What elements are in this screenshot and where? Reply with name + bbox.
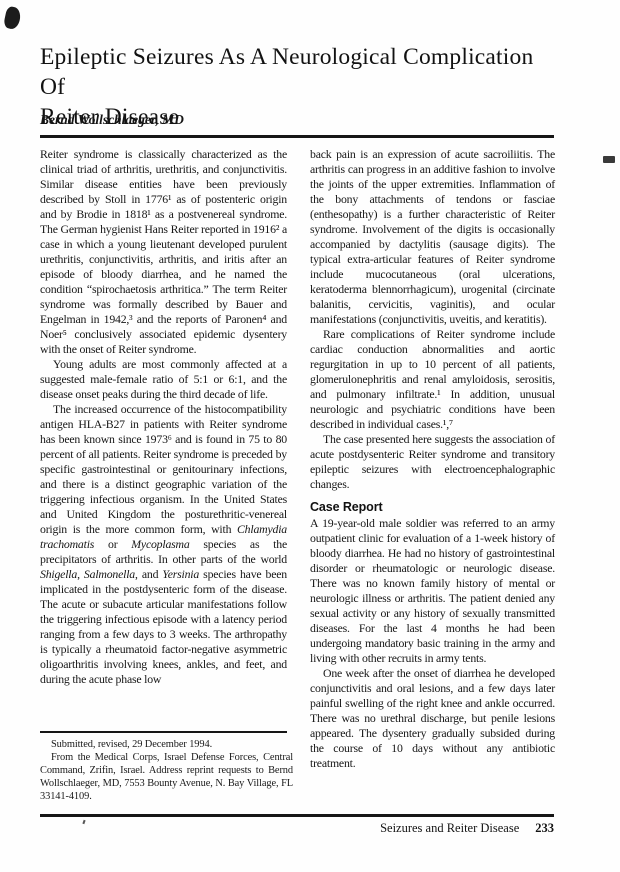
page-footer: Seizures and Reiter Disease233	[40, 821, 554, 836]
body-paragraph: Young adults are most commonly affected …	[40, 357, 287, 402]
footnote-divider-rule	[40, 731, 287, 733]
body-paragraph: Reiter syndrome is classically character…	[40, 147, 287, 357]
footnote-block: Submitted, revised, 29 December 1994. Fr…	[40, 738, 293, 803]
left-text-column: Reiter syndrome is classically character…	[40, 147, 287, 687]
header-divider-rule	[40, 135, 554, 138]
right-text-column: back pain is an expression of acute sacr…	[310, 147, 555, 771]
body-paragraph: One week after the onset of diarrhea he …	[310, 666, 555, 771]
article-title-line-1: Epileptic Seizures As A Neurological Com…	[40, 42, 564, 102]
scan-edge-mark-artifact	[603, 156, 615, 163]
body-paragraph: A 19-year-old male soldier was referred …	[310, 516, 555, 666]
author-byline: Bernd Wollschlaeger, MD	[40, 112, 440, 128]
journal-article-page: Epileptic Seizures As A Neurological Com…	[0, 0, 620, 872]
body-paragraph: back pain is an expression of acute sacr…	[310, 147, 555, 327]
body-paragraph: Rare complications of Reiter syndrome in…	[310, 327, 555, 432]
page-number: 233	[535, 821, 554, 835]
scan-ink-blob-artifact	[3, 6, 22, 31]
section-heading-case-report: Case Report	[310, 500, 555, 515]
body-paragraph: The case presented here suggests the ass…	[310, 432, 555, 492]
footer-divider-rule	[40, 814, 554, 817]
footnote-line: Submitted, revised, 29 December 1994.	[40, 738, 293, 751]
body-paragraph: The increased occurrence of the histocom…	[40, 402, 287, 687]
running-title: Seizures and Reiter Disease	[380, 821, 519, 835]
footnote-line: From the Medical Corps, Israel Defense F…	[40, 751, 293, 803]
